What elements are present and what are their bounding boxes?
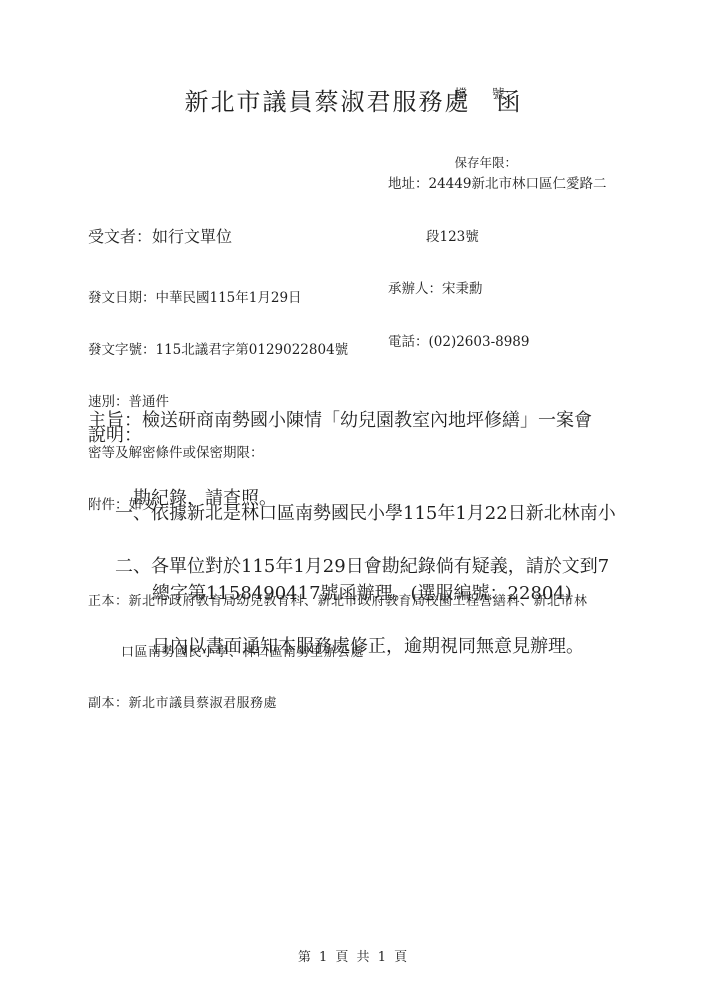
sender-contact-person: 承辦人：宋秉勳 — [388, 281, 606, 299]
official-letter-page: 檔 號： 保存年限： 新北市議員蔡淑君服務處 函 地址：24449新北市林口區仁… — [0, 0, 707, 1000]
original-copy-text-1: 新北市政府教育局幼兒教育科、新北市政府教育局校園工程營繕科、新北市林 — [129, 594, 588, 609]
sender-info-block: 地址：24449新北市林口區仁愛路二 段123號 承辦人：宋秉勳 電話：(02)… — [388, 141, 606, 386]
original-copy-label: 正本： — [88, 594, 129, 609]
original-copy-line-1: 正本：新北市政府教育局幼兒教育科、新北市政府教育局校園工程營繕科、新北市林 — [88, 593, 658, 610]
original-copy-line-2: 口區南勢國民小學、林口區南勢里辦公處 — [121, 644, 658, 661]
issue-date-line: 發文日期：中華民國115年1月29日 — [88, 290, 348, 307]
recipient-line: 受文者：如行文單位 — [88, 224, 232, 247]
cc-copy-line: 副本：新北市議員蔡淑君服務處 — [88, 695, 658, 712]
copies-section: 正本：新北市政府教育局幼兒教育科、新北市政府教育局校園工程營繕科、新北市林 口區… — [88, 559, 658, 746]
subject-line-1: 主旨：檢送研商南勢國小陳情「幼兒園教室內地坪修繕」一案會 — [88, 408, 648, 434]
subject-text-1: 檢送研商南勢國小陳情「幼兒園教室內地坪修繕」一案會 — [142, 410, 592, 431]
sender-address-line-2: 段123號 — [426, 229, 606, 247]
cc-copy-label: 副本： — [88, 696, 129, 711]
cc-copy-text: 新北市議員蔡淑君服務處 — [129, 696, 278, 711]
sender-phone: 電話：(02)2603-8989 — [388, 334, 606, 352]
explanation-label: 說明： — [88, 421, 142, 447]
page-number-indicator: 第 1 頁 共 1 頁 — [0, 946, 707, 965]
document-title: 新北市議員蔡淑君服務處 函 — [0, 82, 707, 117]
sender-address-line-1: 地址：24449新北市林口區仁愛路二 — [388, 176, 606, 194]
